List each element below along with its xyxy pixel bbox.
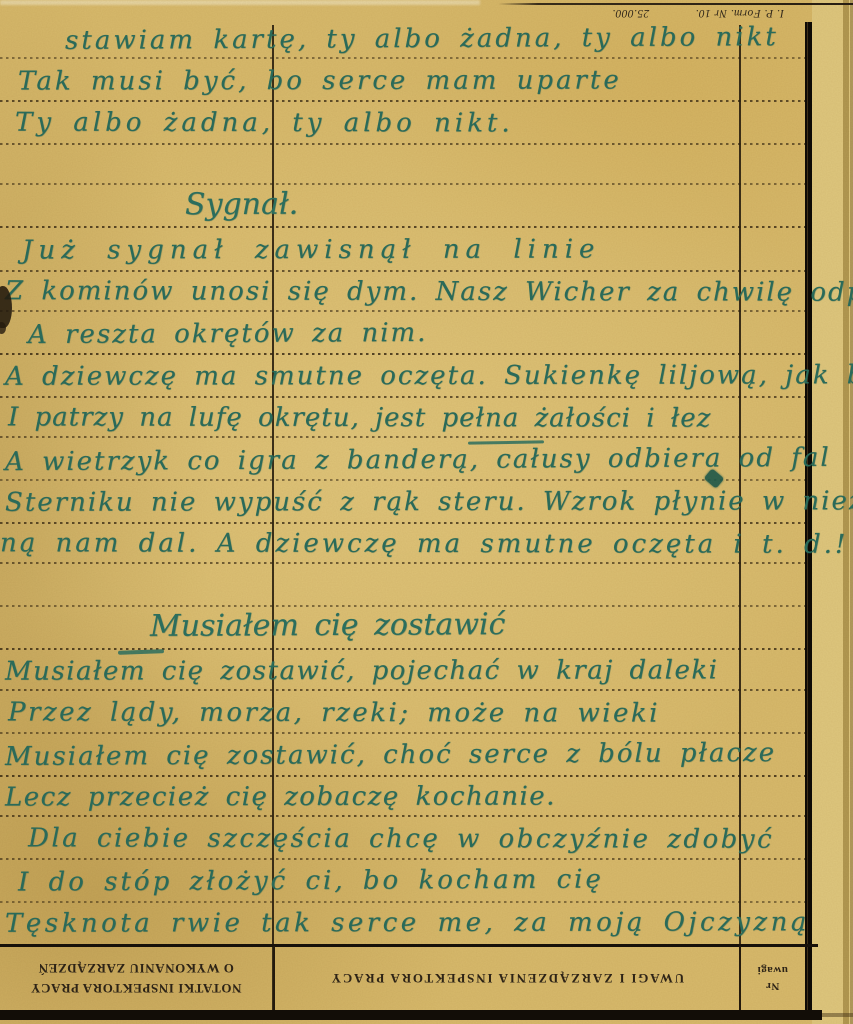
handwritten-line: Musiałem cię zostawić, pojechać w kraj d…	[5, 657, 718, 684]
ruled-line	[0, 522, 806, 524]
handwritten-line: A reszta okrętów za nim.	[28, 320, 428, 348]
ruled-line	[0, 310, 806, 312]
ruled-line	[0, 436, 806, 438]
footer-bottom-rule-ext	[822, 1013, 853, 1017]
handwritten-line: A dziewczę ma smutne oczęta. Sukienkę li…	[5, 362, 853, 390]
handwritten-line: Z kominów unosi się dym. Nasz Wicher za …	[5, 278, 853, 306]
ruled-line	[0, 57, 806, 59]
footer-left-line2: O WYKONANIU ZARZĄDZEŃ	[38, 958, 234, 978]
vertical-rule-right	[739, 25, 741, 1012]
form-header-note: I. P. Form. Nr 10. 25.000.	[500, 4, 850, 22]
ruled-line	[0, 183, 806, 185]
handwritten-line: Już sygnał zawisnął na linie	[22, 236, 600, 263]
ruled-line	[0, 100, 806, 102]
footer-center-label: UWAGI I ZARZĄDZENIA INSPEKTORA PRACY	[330, 970, 684, 986]
form-number: I. P. Form. Nr 10.	[695, 7, 784, 19]
ruled-line	[0, 815, 806, 817]
handwritten-line: Lecz przecież cię zobaczę kochanie.	[5, 783, 556, 810]
print-run-count: 25.000.	[612, 7, 649, 19]
handwritten-line: Dla ciebie szczęścia chcę w obczyźnie zd…	[28, 825, 774, 852]
handwritten-line: Tak musi być, bo serce mam uparte	[18, 68, 622, 95]
ruled-line	[0, 689, 806, 691]
footer-left-line1: NOTATKI INSPEKTORA PRACY	[31, 978, 242, 998]
footer-left-box: NOTATKI INSPEKTORA PRACY O WYKONANIU ZAR…	[0, 946, 272, 1010]
page-edge-rule	[805, 22, 812, 1016]
ruled-line	[0, 270, 806, 272]
handwritten-line: stawiam kartę, ty albo żadna, ty albo ni…	[65, 24, 779, 54]
ruled-line	[0, 396, 806, 398]
vertical-rule-left	[272, 25, 274, 1012]
handwritten-line: A wietrzyk co igra z banderą, całusy odb…	[5, 445, 831, 475]
handwritten-line: I do stóp złożyć ci, bo kocham cię	[18, 866, 604, 895]
ruled-line	[0, 732, 806, 734]
footer-center-box: UWAGI I ZARZĄDZENIA INSPEKTORA PRACY	[276, 946, 738, 1010]
handwritten-line: Przez lądy, morza, rzeki; może na wieki	[8, 699, 660, 726]
ruled-line	[0, 479, 806, 481]
ruled-line	[0, 858, 806, 860]
handwritten-line: Sterniku nie wypuść z rąk steru. Wzrok p…	[5, 488, 853, 516]
ruled-line	[0, 353, 806, 355]
scan-top-edge	[0, 0, 480, 5]
footer-right-box: Nr uwagi	[741, 946, 804, 1010]
margin-ink-speck	[0, 322, 6, 334]
handwritten-line: Musiałem cię zostawić, choć serce z bólu…	[5, 740, 776, 770]
handwritten-line: Tęsknota rwie tak serce me, za moją Ojcz…	[5, 909, 810, 936]
handwritten-title: Musiałem cię zostawić	[150, 610, 506, 642]
footer-bottom-rule	[0, 1010, 822, 1020]
handwritten-line: I patrzy na lufę okrętu, jest pełna żało…	[8, 404, 711, 431]
ruled-line	[0, 226, 806, 228]
ruled-line	[0, 143, 806, 145]
title-dash-mark	[118, 649, 164, 655]
handwritten-title: Sygnał.	[185, 190, 298, 221]
footer-right-uwagi: uwagi	[757, 962, 788, 979]
footer-right-nr: Nr	[766, 978, 780, 995]
handwritten-line: ną nam dal. A dziewczę ma smutne oczęta …	[0, 530, 848, 557]
handwritten-line: Ty albo żadna, ty albo nikt.	[15, 110, 514, 137]
footer-separator-left	[273, 946, 275, 1010]
ruled-line	[0, 775, 806, 777]
scanned-notebook-page: I. P. Form. Nr 10. 25.000. stawiam kartę…	[0, 0, 853, 1024]
ruled-line	[0, 901, 806, 903]
ruled-line	[0, 562, 806, 564]
